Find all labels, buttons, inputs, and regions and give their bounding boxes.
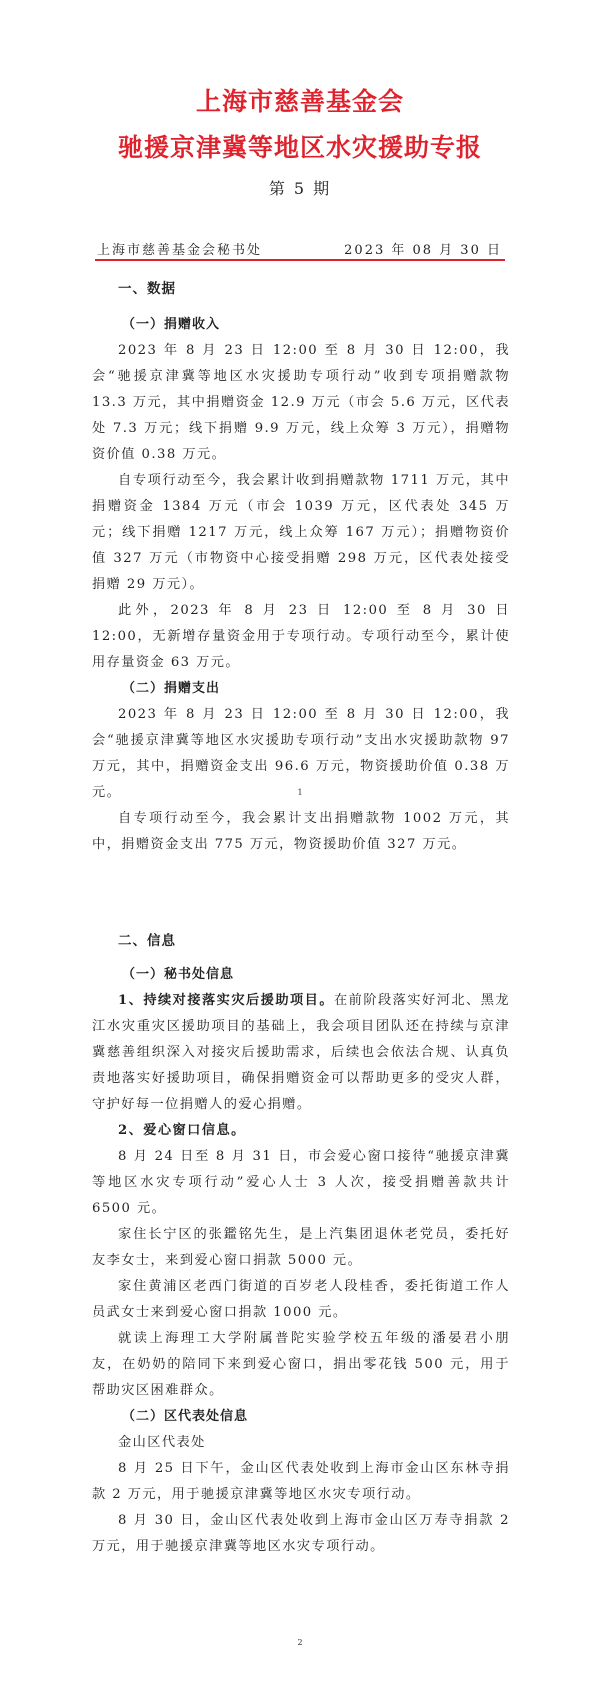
issuer-name: 上海市慈善基金会秘书处	[97, 239, 262, 258]
paragraph-donor-duan: 家住黄浦区老西门街道的百岁老人段桂香，委托街道工作人员武女士来到爱心窗口捐款 1…	[92, 1274, 510, 1326]
section-data: 一、数据 （一）捐赠收入 2023 年 8 月 23 日 12:00 至 8 月…	[92, 276, 510, 858]
issuer-row: 上海市慈善基金会秘书处 2023 年 08 月 30 日	[97, 239, 502, 259]
district-office-name: 金山区代表处	[92, 1430, 510, 1456]
issue-number: 第 5 期	[0, 176, 600, 199]
document-title: 上海市慈善基金会	[0, 82, 600, 118]
paragraph-donor-zhang: 家住长宁区的张鑑铭先生，是上汽集团退休老党员，委托好友李女士，来到爱心窗口捐款 …	[92, 1222, 510, 1274]
item2-lead: 2、爱心窗口信息。	[92, 1118, 510, 1144]
subheading-district: （二）区代表处信息	[92, 1404, 510, 1430]
paragraph-income-cumulative: 自专项行动至今，我会累计收到捐赠款物 1711 万元，其中捐赠资金 1384 万…	[92, 468, 510, 598]
paragraph-window-summary: 8 月 24 日至 8 月 31 日，市会爱心窗口接待“驰援京津冀等地区水灾专项…	[92, 1144, 510, 1222]
issue-date: 2023 年 08 月 30 日	[344, 239, 502, 258]
paragraph-item1: 1、持续对接落实灾后援助项目。在前阶段落实好河北、黑龙江水灾重灾区援助项目的基础…	[92, 988, 510, 1118]
paragraph-stock-funds: 此外，2023 年 8 月 23 日 12:00 至 8 月 30 日 12:0…	[92, 598, 510, 676]
paragraph-income-weekly: 2023 年 8 月 23 日 12:00 至 8 月 30 日 12:00，我…	[92, 338, 510, 468]
document-subtitle: 驰援京津冀等地区水灾援助专报	[0, 128, 600, 164]
paragraph-donor-pan: 就读上海理工大学附属普陀实验学校五年级的潘晏君小朋友，在奶奶的陪同下来到爱心窗口…	[92, 1326, 510, 1404]
section-heading-info: 二、信息	[92, 928, 510, 962]
item1-body: 在前阶段落实好河北、黑龙江水灾重灾区援助项目的基础上，我会项目团队还在持续与京津…	[92, 993, 510, 1112]
paragraph-donlin-temple: 8 月 25 日下午，金山区代表处收到上海市金山区东林寺捐款 2 万元，用于驰援…	[92, 1456, 510, 1508]
subheading-secretariat: （一）秘书处信息	[92, 962, 510, 988]
paragraph-wanshou-temple: 8 月 30 日，金山区代表处收到上海市金山区万寿寺捐款 2 万元，用于驰援京津…	[92, 1508, 510, 1560]
section-heading-data: 一、数据	[92, 276, 510, 312]
page-number-1: 1	[0, 788, 600, 797]
page-number-2: 2	[0, 1638, 600, 1647]
subheading-income: （一）捐赠收入	[92, 312, 510, 338]
item1-lead: 1、持续对接落实灾后援助项目。	[118, 993, 334, 1008]
paragraph-expense-cumulative: 自专项行动至今，我会累计支出捐赠款物 1002 万元，其中，捐赠资金支出 775…	[92, 806, 510, 858]
section-info: 二、信息 （一）秘书处信息 1、持续对接落实灾后援助项目。在前阶段落实好河北、黑…	[92, 928, 510, 1560]
subheading-expense: （二）捐赠支出	[92, 676, 510, 702]
red-divider-line	[95, 259, 505, 261]
